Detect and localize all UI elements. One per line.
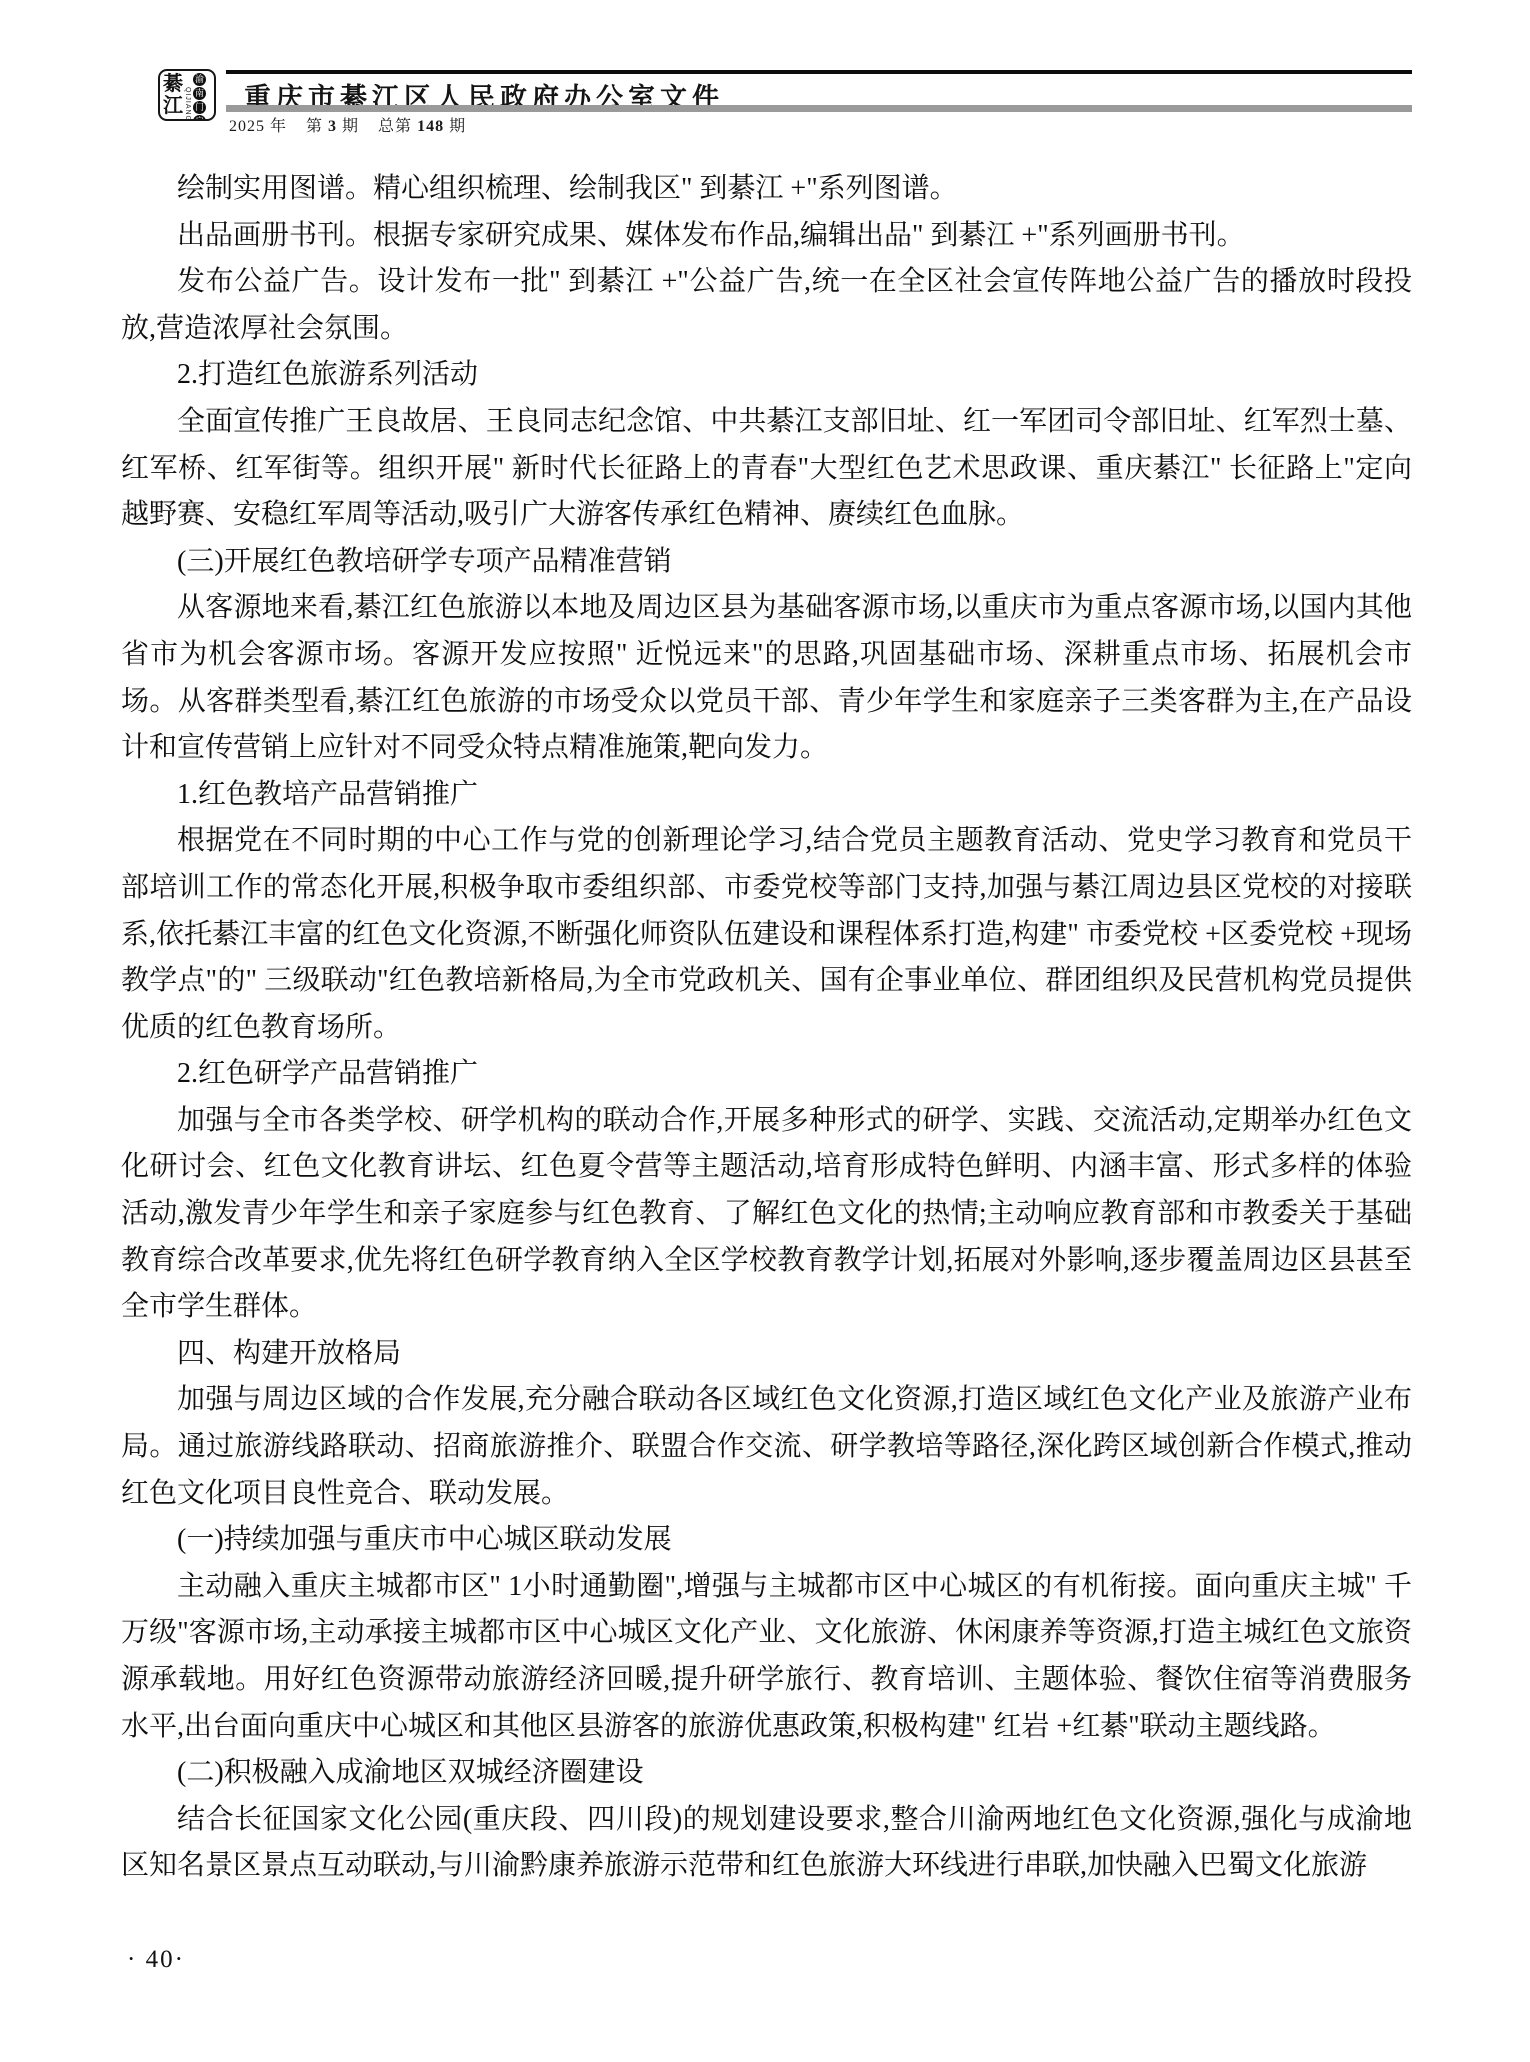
- paragraph: (三)开展红色教培研学专项产品精准营销: [121, 539, 1412, 586]
- paragraph: 绘制实用图谱。精心组织梳理、绘制我区" 到綦江 +"系列图谱。: [121, 166, 1412, 213]
- document-body: 绘制实用图谱。精心组织梳理、绘制我区" 到綦江 +"系列图谱。出品画册书刊。根据…: [121, 166, 1412, 1890]
- paragraph: (二)积极融入成渝地区双城经济圈建设: [121, 1750, 1412, 1797]
- paragraph: 根据党在不同时期的中心工作与党的创新理论学习,结合党员主题教育活动、党史学习教育…: [121, 818, 1412, 1051]
- logo-char-top: 綦: [163, 73, 183, 95]
- paragraph: 加强与周边区域的合作发展,充分融合联动各区域红色文化资源,打造区域红色文化产业及…: [121, 1377, 1412, 1517]
- header-gray-bar: [226, 105, 1412, 112]
- paragraph: 2.红色研学产品营销推广: [121, 1051, 1412, 1098]
- paragraph: 结合长征国家文化公园(重庆段、四川段)的规划建设要求,整合川渝两地红色文化资源,…: [121, 1797, 1412, 1890]
- qijiang-logo: 綦 江 QIJIANG 渝南门户: [158, 69, 216, 121]
- paragraph: 四、构建开放格局: [121, 1331, 1412, 1378]
- header-top-rule: [226, 70, 1412, 74]
- issue-info: 2025 年 第 3 期 总第 148 期: [229, 113, 480, 136]
- logo-seals: 渝南门户: [193, 73, 206, 121]
- paragraph: 出品画册书刊。根据专家研究成果、媒体发布作品,编辑出品" 到綦江 +"系列画册书…: [121, 213, 1412, 260]
- paragraph: 2.打造红色旅游系列活动: [121, 352, 1412, 399]
- paragraph: 全面宣传推广王良故居、王良同志纪念馆、中共綦江支部旧址、红一军团司令部旧址、红军…: [121, 399, 1412, 539]
- page-number: · 40·: [127, 1946, 185, 1974]
- seal-character: 门: [193, 101, 206, 114]
- paragraph: 加强与全市各类学校、研学机构的联动合作,开展多种形式的研学、实践、交流活动,定期…: [121, 1098, 1412, 1331]
- issue-number: 第 3 期: [306, 118, 359, 135]
- issue-total: 总第 148 期: [378, 118, 466, 135]
- logo-vertical-text: QIJIANG: [184, 87, 191, 121]
- seal-character: 渝: [193, 73, 206, 86]
- issue-year: 2025 年: [229, 118, 287, 135]
- paragraph: (一)持续加强与重庆市中心城区联动发展: [121, 1517, 1412, 1564]
- logo-char-bottom: 江: [163, 95, 183, 117]
- logo-characters: 綦 江: [163, 73, 183, 117]
- seal-character: 户: [193, 115, 206, 121]
- seal-character: 南: [193, 87, 206, 100]
- paragraph: 发布公益广告。设计发布一批" 到綦江 +"公益广告,统一在全区社会宣传阵地公益广…: [121, 259, 1412, 352]
- paragraph: 1.红色教培产品营销推广: [121, 772, 1412, 819]
- paragraph: 主动融入重庆主城都市区" 1小时通勤圈",增强与主城都市区中心城区的有机衔接。面…: [121, 1564, 1412, 1750]
- document-page: 綦 江 QIJIANG 渝南门户 重庆市綦江区人民政府办公室文件 2025 年 …: [0, 0, 1530, 2062]
- paragraph: 从客源地来看,綦江红色旅游以本地及周边区县为基础客源市场,以重庆市为重点客源市场…: [121, 585, 1412, 771]
